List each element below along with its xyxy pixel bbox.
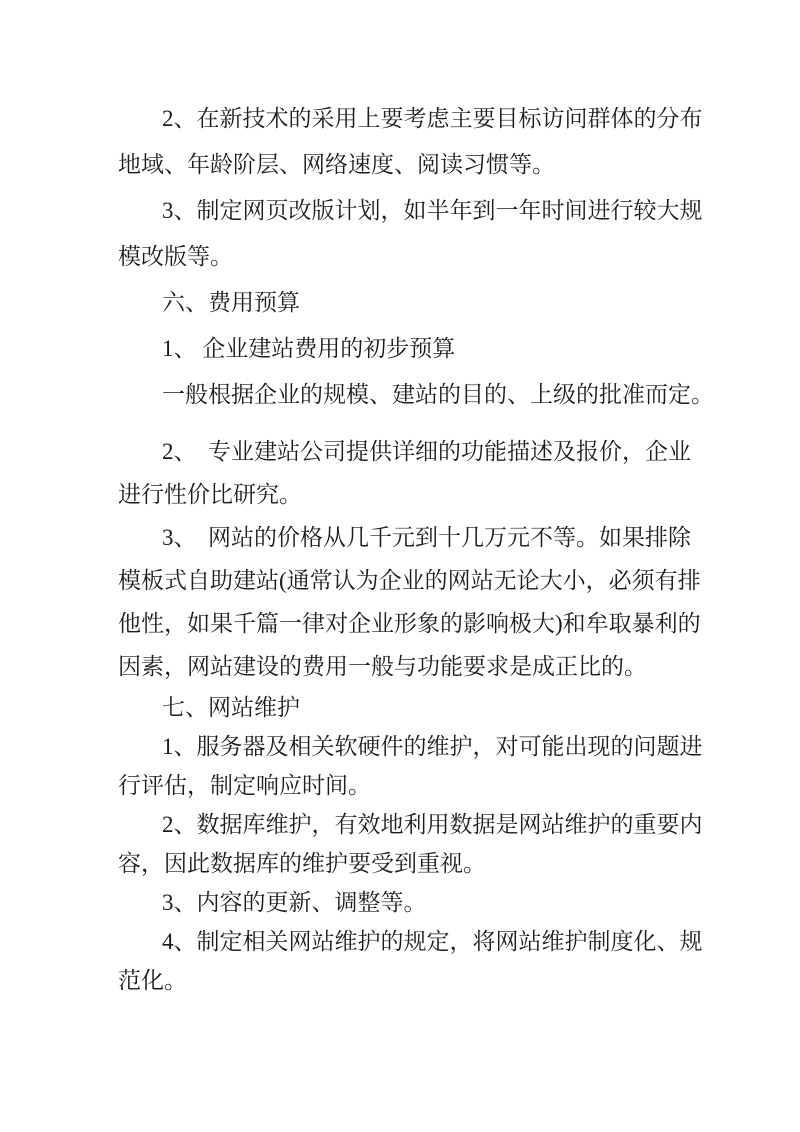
text-line: 进行性价比研究。 xyxy=(118,473,680,516)
text-line: 他性，如果千篇一律对企业形象的影响极大)和牟取暴利的 xyxy=(118,602,680,645)
text-line: 4、制定相关网站维护的规定，将网站维护制度化、规 xyxy=(118,922,680,961)
document-body: 2、在新技术的采用上要考虑主要目标访问群体的分布 地域、年龄阶层、网络速度、阅读… xyxy=(118,96,680,1000)
text-line: 2、在新技术的采用上要考虑主要目标访问群体的分布 xyxy=(118,96,680,142)
text-line: 因素，网站建设的费用一般与功能要求是成正比的。 xyxy=(118,645,680,688)
text-line: 模改版等。 xyxy=(118,234,680,280)
text-line: 一般根据企业的规模、建站的目的、上级的批准而定。 xyxy=(118,372,680,418)
text-line: 容，因此数据库的维护要受到重视。 xyxy=(118,844,680,883)
text-line: 行评估，制定响应时间。 xyxy=(118,766,680,805)
section-heading-maintenance: 七、网站维护 xyxy=(118,688,680,727)
text-line: 3、内容的更新、调整等。 xyxy=(118,883,680,922)
text-line: 2、 专业建站公司提供详细的功能描述及报价，企业 xyxy=(118,430,680,473)
section-heading-budget: 六、费用预算 xyxy=(118,280,680,326)
text-line: 1、服务器及相关软硬件的维护，对可能出现的问题进 xyxy=(118,727,680,766)
text-line: 范化。 xyxy=(118,961,680,1000)
text-line: 模板式自助建站(通常认为企业的网站无论大小，必须有排 xyxy=(118,559,680,602)
text-line: 3、 网站的价格从几千元到十几万元不等。如果排除 xyxy=(118,516,680,559)
text-line: 3、制定网页改版计划，如半年到一年时间进行较大规 xyxy=(118,188,680,234)
text-line: 1、 企业建站费用的初步预算 xyxy=(118,326,680,372)
document-page: 2、在新技术的采用上要考虑主要目标访问群体的分布 地域、年龄阶层、网络速度、阅读… xyxy=(0,0,800,1132)
text-line: 2、数据库维护，有效地利用数据是网站维护的重要内 xyxy=(118,805,680,844)
text-line: 地域、年龄阶层、网络速度、阅读习惯等。 xyxy=(118,142,680,188)
